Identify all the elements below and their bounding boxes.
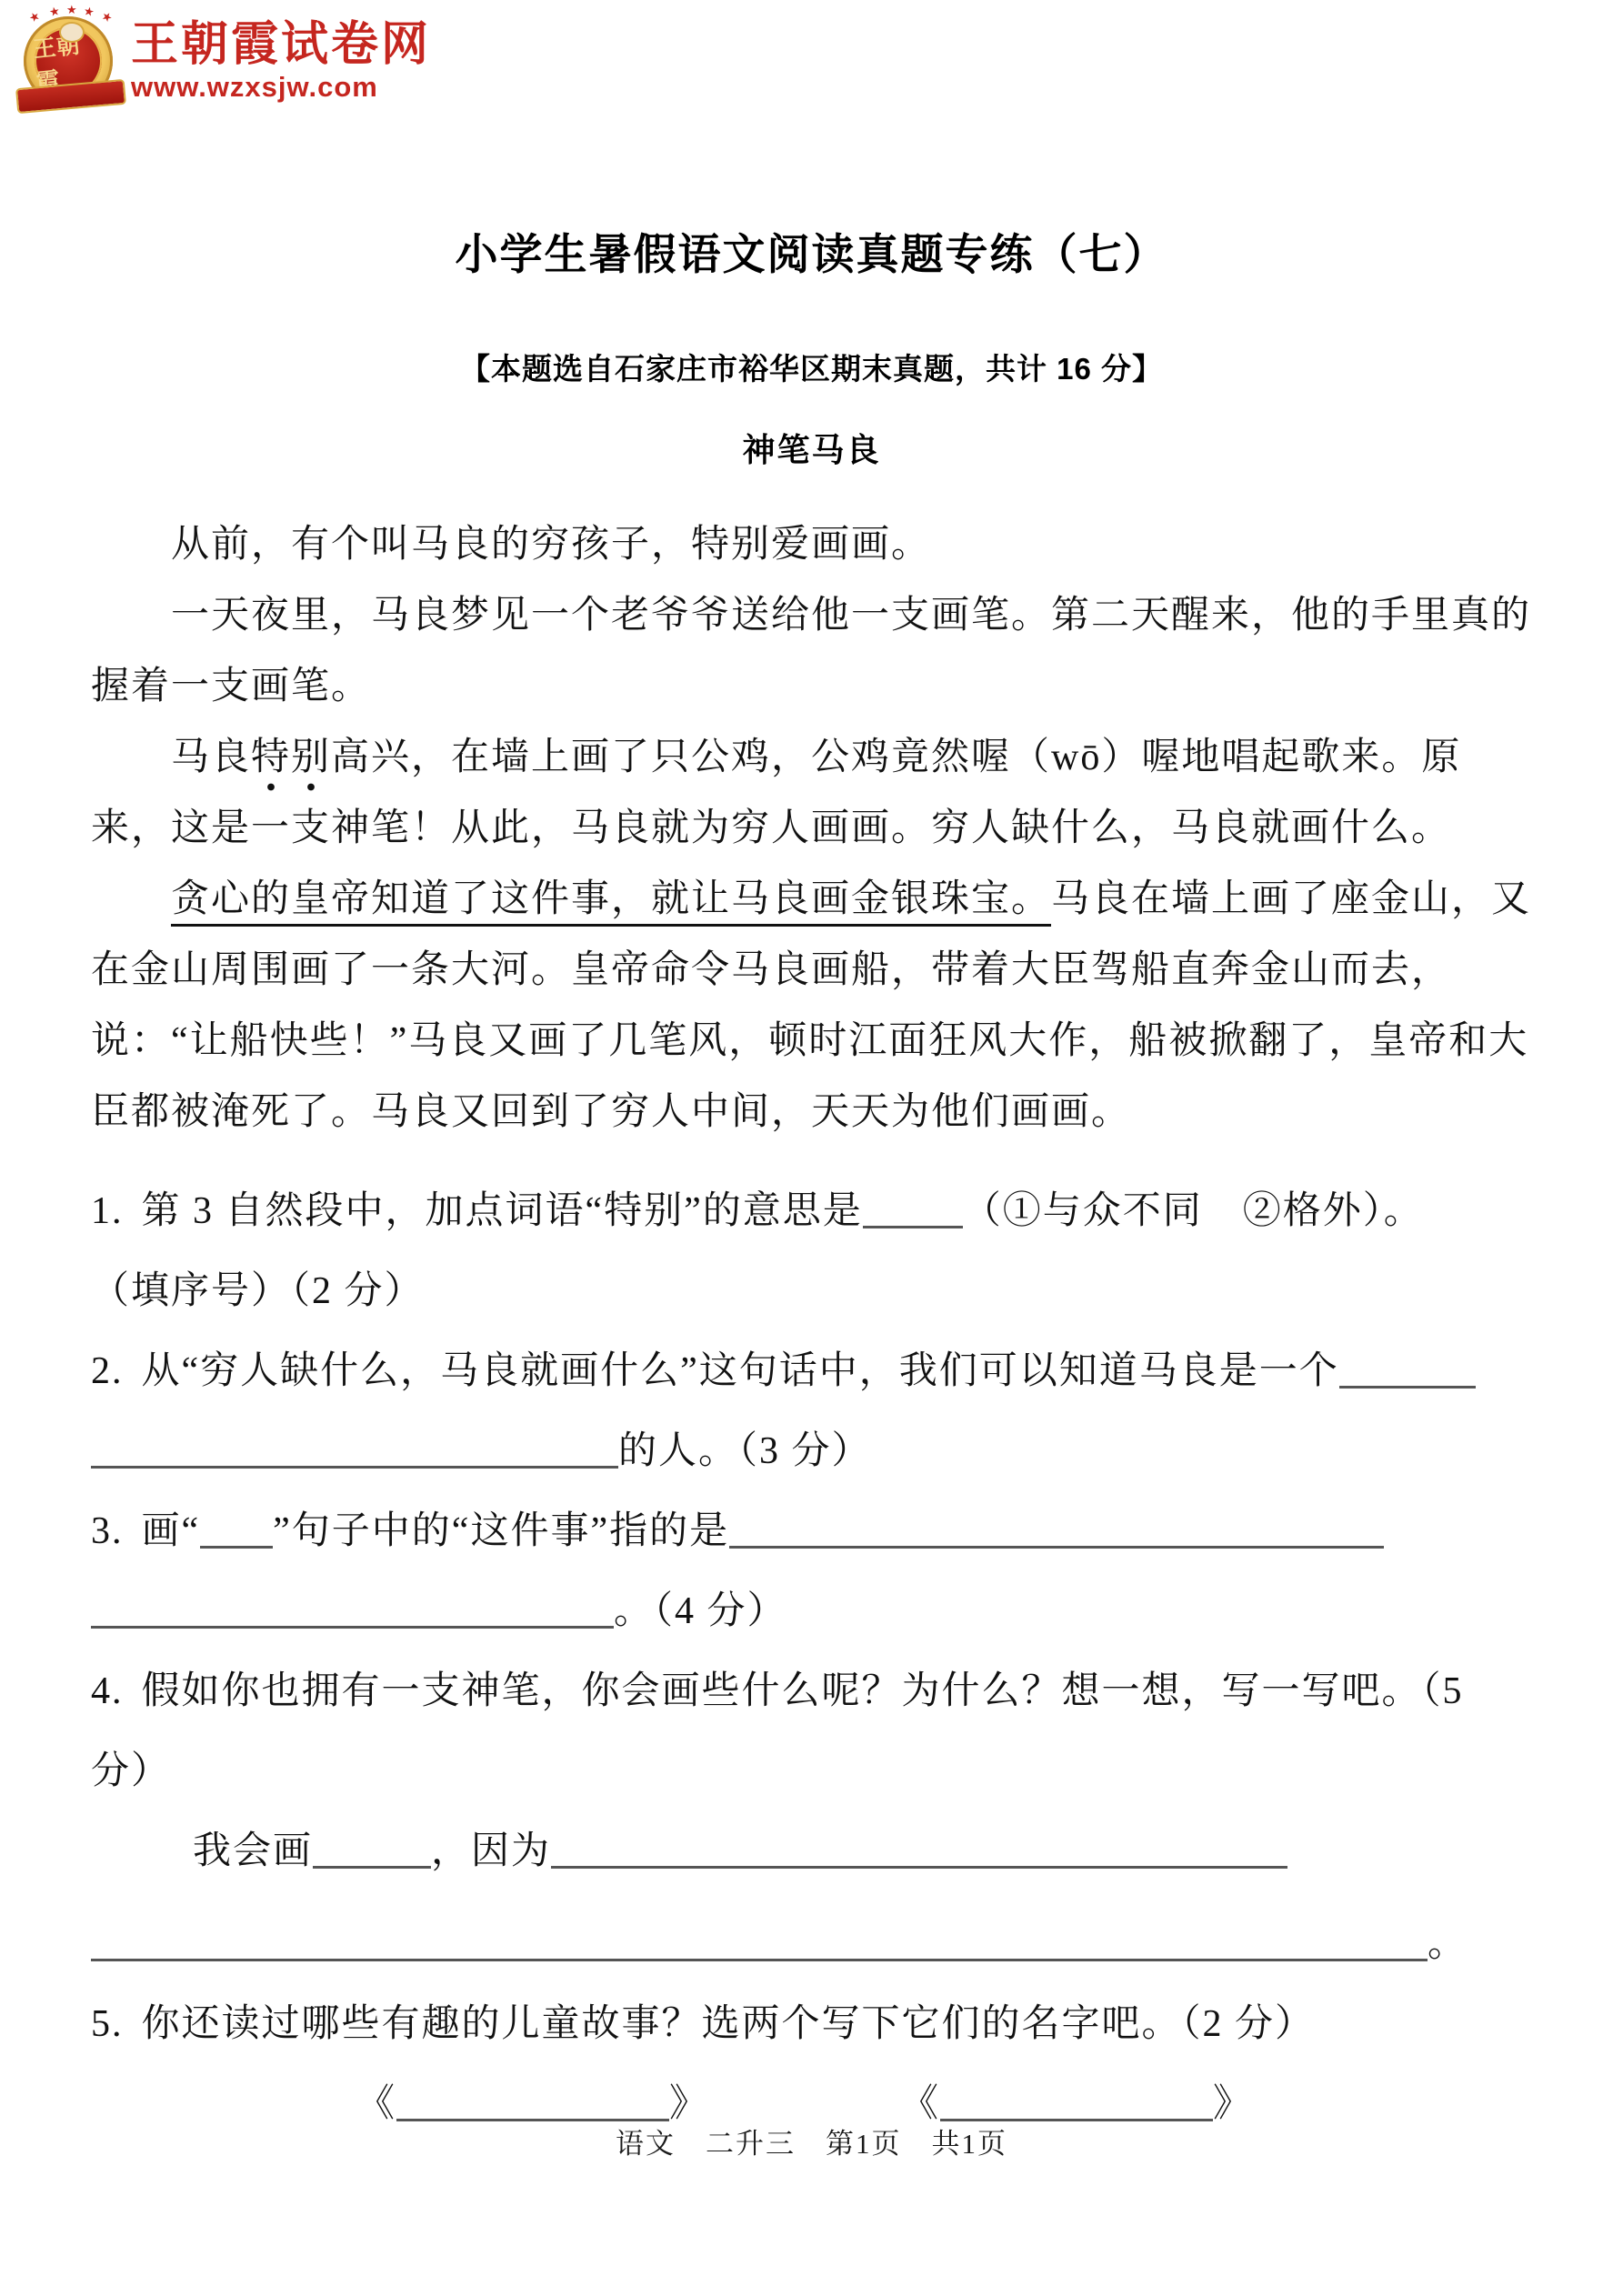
answer-blank	[863, 1195, 963, 1228]
question-text: 的人。（3 分）	[618, 1430, 872, 1472]
reading-passage: 从前，有个叫马良的穷孩子，特别爱画画。 一天夜里，马良梦见一个老爷爷送给他一支画…	[91, 509, 1532, 1148]
brand-medal-icon: ★ ★ ★ ★ ★ 王朝霞	[22, 9, 118, 111]
question-number: 2.	[91, 1350, 124, 1392]
question-4-line-2: 我会画，因为	[193, 1811, 1532, 1891]
passage-paragraph-2: 一天夜里，马良梦见一个老爷爷送给他一支画笔。第二天醒来，他的手里真的握着一支画笔…	[91, 580, 1532, 722]
source-note: 【本题选自石家庄市裕华区期末真题，共计 16 分】	[91, 346, 1532, 388]
question-text: 假如你也拥有一支神笔，你会画些什么呢？为什么？想一想，写一写吧。（5 分）	[91, 1670, 1464, 1792]
question-options: （①与众不同 ②格外）。	[963, 1190, 1424, 1232]
medal-star-icon: ★	[100, 9, 115, 25]
paragraph-text: 马良	[171, 737, 251, 778]
question-text: 画“	[142, 1510, 201, 1552]
question-1: 1.第 3 自然段中，加点词语“特别”的意思是（①与众不同 ②格外）。 （填序号…	[91, 1171, 1532, 1331]
answer-blank	[940, 2088, 1213, 2121]
paragraph-text: 从前，有个叫马良的穷孩子，特别爱画画。	[171, 524, 931, 566]
answer-blank	[91, 1435, 618, 1469]
answer-blank	[396, 2088, 669, 2121]
underlined-sentence: 贪心的皇帝知道了这件事，就让马良画金银珠宝。	[171, 878, 1051, 920]
medal-star-icon: ★	[83, 5, 95, 18]
book-bracket-close: 》	[669, 2083, 709, 2125]
question-text: 第 3 自然段中，加点词语“特别”的意思是	[142, 1190, 863, 1232]
question-text: 从“穷人缺什么，马良就画什么”这句话中，我们可以知道马良是一个	[142, 1350, 1339, 1392]
answer-blank	[200, 1515, 273, 1549]
answer-blank	[551, 1835, 1287, 1869]
medal-star-icon: ★	[66, 4, 77, 15]
question-text: 我会画	[193, 1830, 313, 1872]
medal-star-icon: ★	[48, 5, 61, 18]
answer-blank	[729, 1515, 1384, 1549]
question-text: ，因为	[431, 1830, 551, 1872]
book-bracket-open: 《	[900, 2083, 940, 2125]
question-4-line-3: 。	[91, 1904, 1532, 1984]
passage-paragraph-1: 从前，有个叫马良的穷孩子，特别爱画画。	[91, 509, 1532, 580]
passage-paragraph-4: 贪心的皇帝知道了这件事，就让马良画金银珠宝。马良在墙上画了座金山，又在金山周围画…	[91, 864, 1532, 1148]
question-5-line-1: 5.你还读过哪些有趣的儿童故事？选两个写下它们的名字吧。（2 分）	[91, 1984, 1532, 2064]
question-4: 4.假如你也拥有一支神笔，你会画些什么呢？为什么？想一想，写一写吧。（5 分） …	[91, 1651, 1532, 1984]
book-bracket-open: 《	[356, 2083, 396, 2125]
medal-star-icon: ★	[27, 9, 43, 25]
answer-blank	[1339, 1355, 1476, 1389]
question-text: （填序号）（2 分）	[91, 1270, 425, 1312]
paper-content: 小学生暑假语文阅读真题专练（七） 【本题选自石家庄市裕华区期末真题，共计 16 …	[0, 0, 1623, 2144]
brand-text-block: 王朝霞试卷网 www.wzxsjw.com	[131, 19, 431, 101]
question-list: 1.第 3 自然段中，加点词语“特别”的意思是（①与众不同 ②格外）。 （填序号…	[91, 1171, 1532, 2144]
question-text: 。	[1428, 1923, 1468, 1965]
page-title: 小学生暑假语文阅读真题专练（七）	[91, 221, 1532, 282]
book-bracket-close: 》	[1213, 2083, 1253, 2125]
question-number: 4.	[91, 1670, 124, 1712]
medal-portrait-icon	[59, 22, 85, 43]
passage-title: 神笔马良	[91, 425, 1532, 471]
answer-blank	[91, 1928, 1428, 1961]
emphasized-word: 特别	[251, 737, 331, 791]
brand-website: www.wzxsjw.com	[131, 73, 431, 101]
question-number: 5.	[91, 2003, 124, 2045]
paragraph-text: 一天夜里，马良梦见一个老爷爷送给他一支画笔。第二天醒来，他的手里真的握着一支画笔…	[91, 595, 1531, 707]
question-text: 。（4 分）	[614, 1590, 787, 1632]
answer-blank	[91, 1595, 614, 1629]
question-number: 3.	[91, 1510, 124, 1552]
question-4-line-1: 4.假如你也拥有一支神笔，你会画些什么呢？为什么？想一想，写一写吧。（5 分）	[91, 1651, 1532, 1811]
passage-paragraph-3: 马良特别高兴，在墙上画了只公鸡，公鸡竟然喔（wō）喔地唱起歌来。原来，这是一支神…	[91, 722, 1532, 864]
question-number: 1.	[91, 1190, 124, 1232]
test-paper-page: ★ ★ ★ ★ ★ 王朝霞 王朝霞试卷网 www.wzxsjw.com 小学生暑…	[0, 0, 1623, 2296]
site-logo: ★ ★ ★ ★ ★ 王朝霞 王朝霞试卷网 www.wzxsjw.com	[22, 9, 431, 111]
brand-name: 王朝霞试卷网	[131, 19, 431, 71]
question-text: ”句子中的“这件事”指的是	[273, 1510, 729, 1552]
question-2: 2.从“穷人缺什么，马良就画什么”这句话中，我们可以知道马良是一个的人。（3 分…	[91, 1331, 1532, 1491]
question-text: 你还读过哪些有趣的儿童故事？选两个写下它们的名字吧。（2 分）	[142, 2003, 1316, 2045]
answer-blank	[313, 1835, 431, 1869]
question-3: 3.画“”句子中的“这件事”指的是。（4 分）	[91, 1491, 1532, 1651]
page-footer: 语文 二升三 第1页 共1页	[0, 2121, 1623, 2161]
